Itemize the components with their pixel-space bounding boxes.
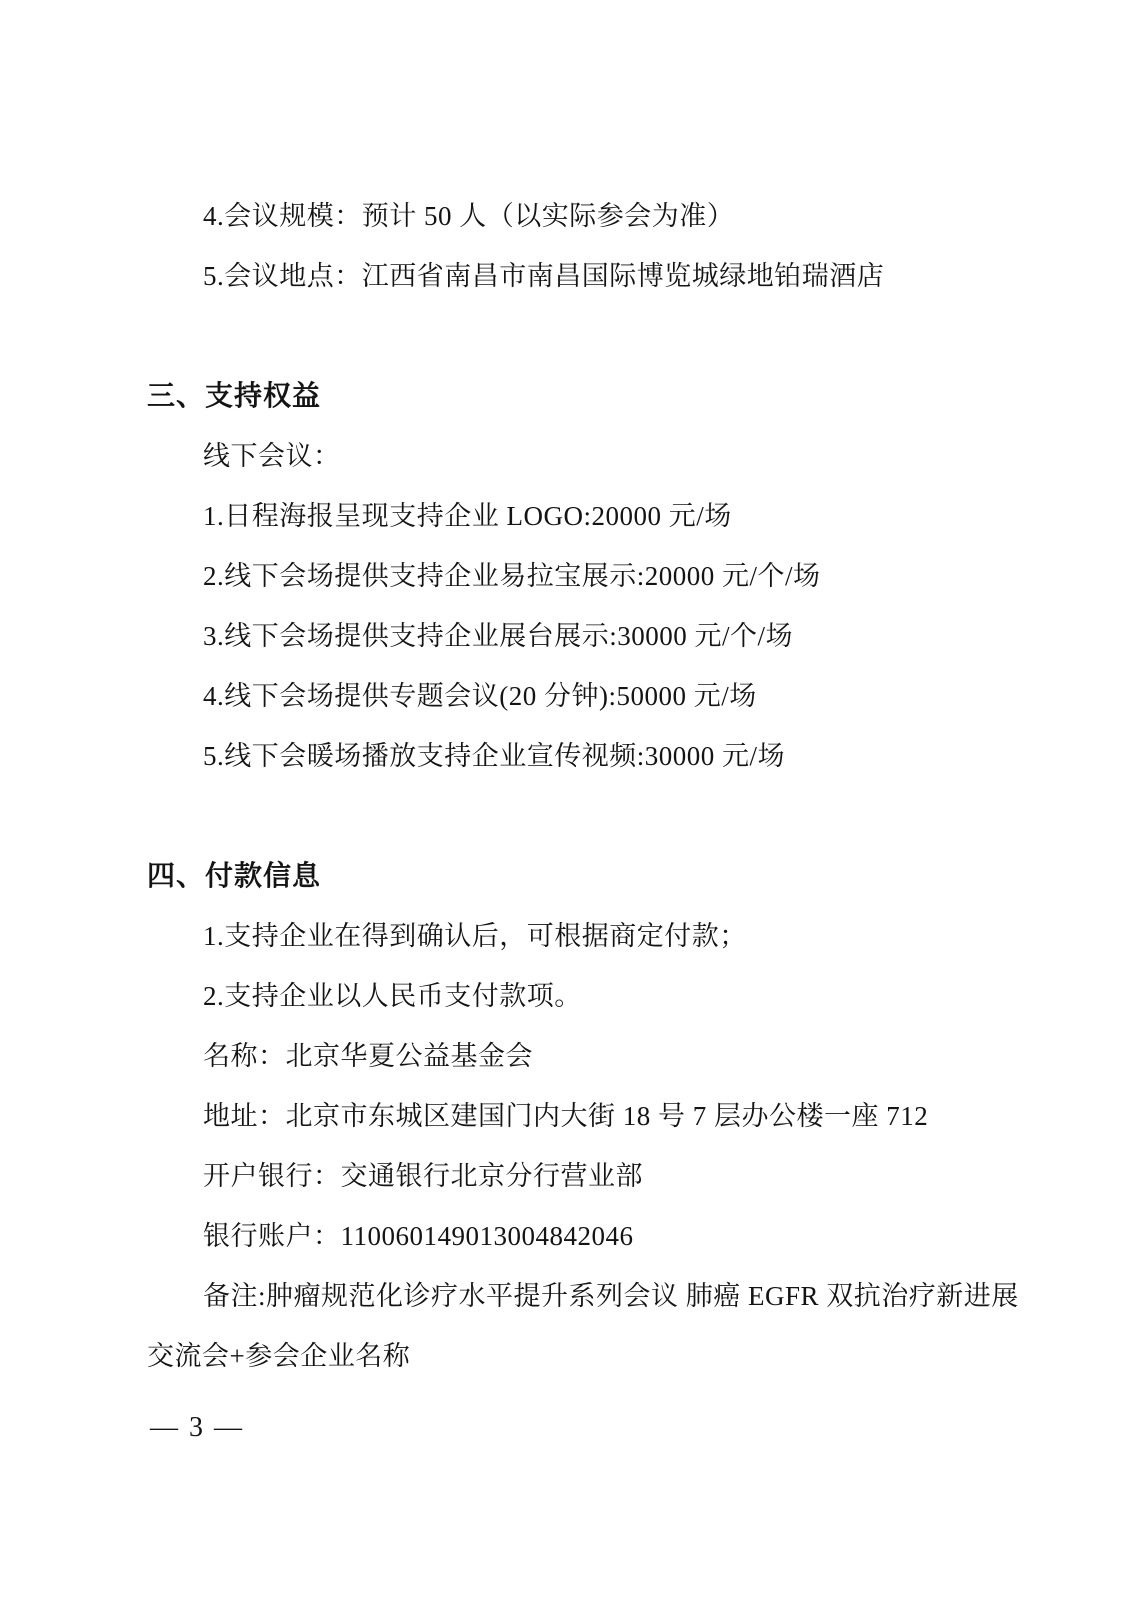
document-page: 4.会议规模：预计 50 人（以实际参会为准） 5.会议地点：江西省南昌市南昌国… [0, 0, 1131, 1600]
payment-term-line-1: 1.支持企业在得到确认后，可根据商定付款； [147, 906, 979, 966]
payee-remark-line-2: 交流会+参会企业名称 [147, 1326, 979, 1386]
offline-meeting-intro-line: 线下会议： [147, 426, 979, 486]
payee-account-line: 银行账户：110060149013004842046 [147, 1206, 979, 1266]
payment-term-line-2: 2.支持企业以人民币支付款项。 [147, 966, 979, 1026]
support-item-rollup-banner: 2.线下会场提供支持企业易拉宝展示:20000 元/个/场 [147, 546, 979, 606]
meeting-location-line: 5.会议地点：江西省南昌市南昌国际博览城绿地铂瑞酒店 [147, 246, 979, 306]
blank-line [147, 306, 979, 366]
meeting-scale-line: 4.会议规模：预计 50 人（以实际参会为准） [147, 186, 979, 246]
document-body: 4.会议规模：预计 50 人（以实际参会为准） 5.会议地点：江西省南昌市南昌国… [147, 186, 979, 1386]
support-item-video: 5.线下会暖场播放支持企业宣传视频:30000 元/场 [147, 726, 979, 786]
page-number: — 3 — [150, 1408, 244, 1448]
section-heading-support-rights: 三、支持权益 [147, 366, 979, 426]
payee-bank-line: 开户银行：交通银行北京分行营业部 [147, 1146, 979, 1206]
payee-address-line: 地址：北京市东城区建国门内大街 18 号 7 层办公楼一座 712 [147, 1086, 979, 1146]
support-item-session: 4.线下会场提供专题会议(20 分钟):50000 元/场 [147, 666, 979, 726]
support-item-booth: 3.线下会场提供支持企业展台展示:30000 元/个/场 [147, 606, 979, 666]
payee-remark-line-1: 备注:肿瘤规范化诊疗水平提升系列会议 肺癌 EGFR 双抗治疗新进展 [147, 1266, 979, 1326]
section-heading-payment-info: 四、付款信息 [147, 846, 979, 906]
blank-line [147, 786, 979, 846]
support-item-logo: 1.日程海报呈现支持企业 LOGO:20000 元/场 [147, 486, 979, 546]
payee-name-line: 名称：北京华夏公益基金会 [147, 1026, 979, 1086]
